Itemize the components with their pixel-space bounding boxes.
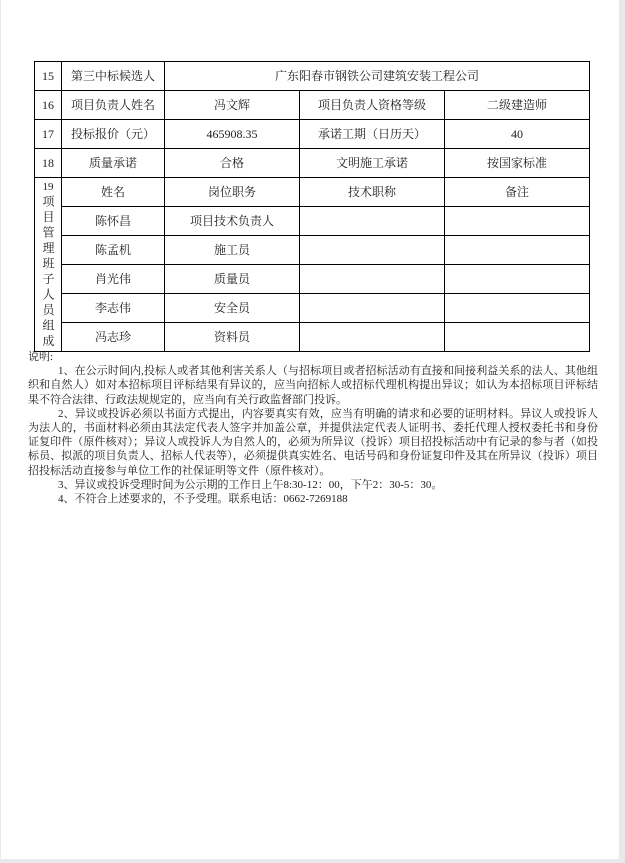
- member-title: [300, 265, 445, 294]
- row16-value: 冯文辉: [165, 91, 300, 120]
- row19-side-wrap: 19 项目管理班子人员组成: [37, 180, 59, 350]
- row-number: 16: [35, 91, 62, 120]
- member-row: 李志伟 安全员: [35, 294, 590, 323]
- member-title: [300, 207, 445, 236]
- member-row: 陈孟机 施工员: [35, 236, 590, 265]
- member-remark: [445, 207, 590, 236]
- row-number: 18: [35, 149, 62, 178]
- row18-label: 质量承诺: [62, 149, 165, 178]
- note-item-1: 1、在公示时间内,投标人或者其他利害关系人（与招标项目或者招标活动有直接和间接利…: [28, 364, 598, 407]
- table-row-19-header: 19 项目管理班子人员组成 姓名 岗位职务 技术职称 备注: [35, 178, 590, 207]
- row18-value2: 按国家标准: [445, 149, 590, 178]
- notes-section: 说明: 1、在公示时间内,投标人或者其他利害关系人（与招标项目或者招标活动有直接…: [28, 350, 598, 506]
- member-remark: [445, 294, 590, 323]
- member-position: 施工员: [165, 236, 300, 265]
- row16-value2: 二级建造师: [445, 91, 590, 120]
- row17-label: 投标报价（元）: [62, 120, 165, 149]
- table-row-16: 16 项目负责人姓名 冯文辉 项目负责人资格等级 二级建造师: [35, 91, 590, 120]
- member-remark: [445, 236, 590, 265]
- note-item-3: 3、异议或投诉受理时间为公示期的工作日上午8:30-12：00，下午2：30-5…: [28, 478, 598, 492]
- member-remark: [445, 323, 590, 352]
- member-row: 陈怀昌 项目技术负责人: [35, 207, 590, 236]
- document-page: 15 第三中标候选人 广东阳春市钢铁公司建筑安装工程公司 16 项目负责人姓名 …: [1, 0, 619, 859]
- row18-label2: 文明施工承诺: [300, 149, 445, 178]
- notes-heading: 说明:: [28, 350, 598, 364]
- row17-value2: 40: [445, 120, 590, 149]
- member-position: 项目技术负责人: [165, 207, 300, 236]
- row16-label: 项目负责人姓名: [62, 91, 165, 120]
- member-name: 冯志珍: [62, 323, 165, 352]
- row19-side-cell: 19 项目管理班子人员组成: [35, 178, 62, 352]
- col-header-name: 姓名: [62, 178, 165, 207]
- member-remark: [445, 265, 590, 294]
- member-name: 李志伟: [62, 294, 165, 323]
- col-header-title: 技术职称: [300, 178, 445, 207]
- row18-value: 合格: [165, 149, 300, 178]
- table-row-17: 17 投标报价（元） 465908.35 承诺工期（日历天） 40: [35, 120, 590, 149]
- col-header-position: 岗位职务: [165, 178, 300, 207]
- member-title: [300, 294, 445, 323]
- member-name: 陈怀昌: [62, 207, 165, 236]
- row-number: 15: [35, 62, 62, 91]
- note-item-4: 4、不符合上述要求的，不予受理。联系电话：0662-7269188: [28, 492, 598, 506]
- row15-value: 广东阳春市钢铁公司建筑安装工程公司: [165, 62, 590, 91]
- row15-label: 第三中标候选人: [62, 62, 165, 91]
- member-position: 安全员: [165, 294, 300, 323]
- member-title: [300, 236, 445, 265]
- col-header-remark: 备注: [445, 178, 590, 207]
- row-number: 17: [35, 120, 62, 149]
- bid-result-table: 15 第三中标候选人 广东阳春市钢铁公司建筑安装工程公司 16 项目负责人姓名 …: [34, 61, 590, 352]
- member-row: 肖光伟 质量员: [35, 265, 590, 294]
- member-title: [300, 323, 445, 352]
- row17-label2: 承诺工期（日历天）: [300, 120, 445, 149]
- row17-value: 465908.35: [165, 120, 300, 149]
- member-name: 陈孟机: [62, 236, 165, 265]
- table-row-15: 15 第三中标候选人 广东阳春市钢铁公司建筑安装工程公司: [35, 62, 590, 91]
- table-row-18: 18 质量承诺 合格 文明施工承诺 按国家标准: [35, 149, 590, 178]
- row16-label2: 项目负责人资格等级: [300, 91, 445, 120]
- member-row: 冯志珍 资料员: [35, 323, 590, 352]
- member-position: 资料员: [165, 323, 300, 352]
- row19-side-label: 项目管理班子人员组成: [40, 195, 56, 350]
- member-position: 质量员: [165, 265, 300, 294]
- member-name: 肖光伟: [62, 265, 165, 294]
- row-number: 19: [43, 180, 54, 195]
- note-item-2: 2、异议或投诉必须以书面方式提出，内容要真实有效，应当有明确的请求和必要的证明材…: [28, 407, 598, 478]
